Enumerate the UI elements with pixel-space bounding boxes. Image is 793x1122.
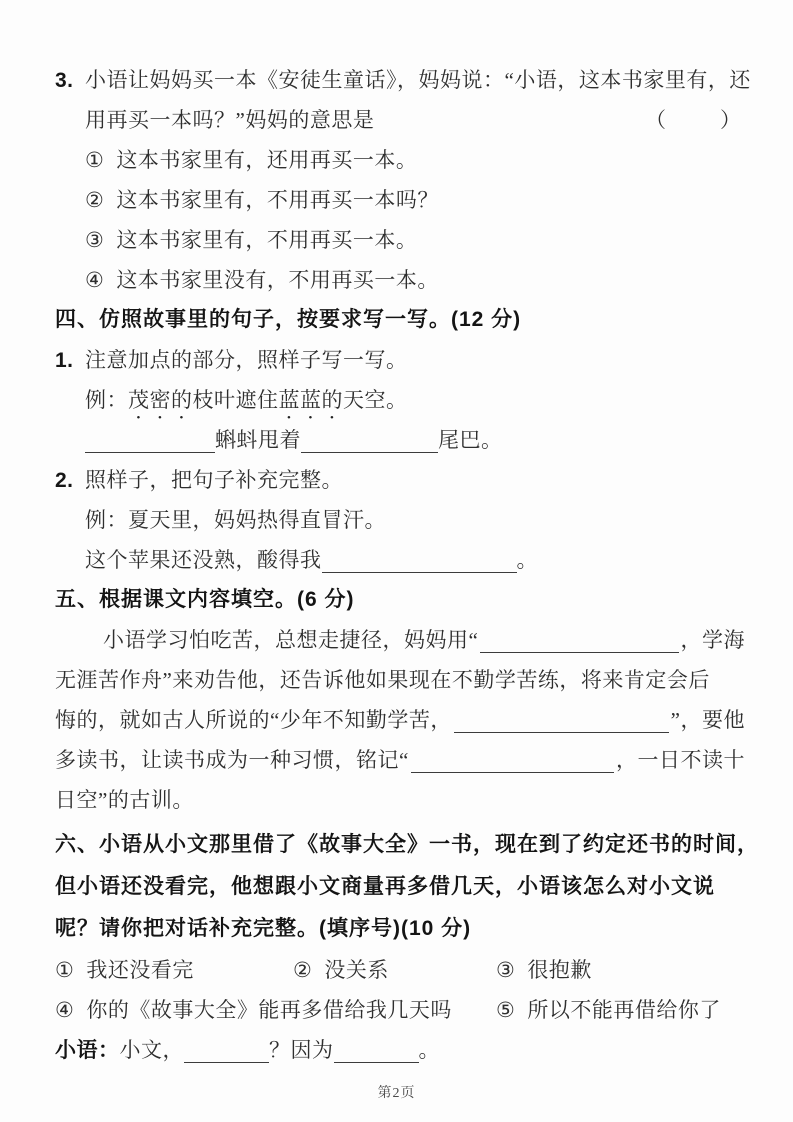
example-sentence-1: 例：茂密的枝叶遮住蓝蓝的天空。 [55,380,745,420]
s6-option-4-text: 你的《故事大全》能再多借给我几天吗 [86,998,452,1022]
dialog-speaker: 小语： [55,1039,120,1062]
section-4-item-2: 2.照样子，把句子补充完整。 [55,460,745,500]
answer-brackets[interactable]: （ ） [645,100,745,140]
fill-blank-8[interactable] [334,1033,419,1063]
question-3-line-2: 用再买一本吗？”妈妈的意思是 （ ） [55,100,745,140]
fill-blank-3[interactable] [322,543,517,573]
s6-option-1-number: ① [55,958,74,982]
question-3-text-1: 小语让妈妈买一本《安徒生童话》，妈妈说：“小语，这本书家里有，还 [85,68,751,92]
dialog-text-2: ？因为 [269,1038,334,1062]
section-4-item-1: 1.注意加点的部分，照样子写一写。 [55,340,745,380]
example-1-prefix: 例： [85,388,128,412]
option-3-text: 这本书家里有，不用再买一本。 [116,228,417,252]
dialog-line: 小语：小文，？因为。 [55,1030,745,1070]
option-2-number: ② [85,188,104,212]
question-3-option-1: ①这本书家里有，还用再买一本。 [55,140,745,180]
s6-option-5-text: 所以不能再借给你了 [527,998,721,1022]
worksheet-content: 3.小语让妈妈买一本《安徒生童话》，妈妈说：“小语，这本书家里有，还 用再买一本… [0,0,793,1070]
option-4-number: ④ [85,268,104,292]
question-3-number: 3. [55,61,85,101]
item-2-number: 2. [55,461,85,501]
section-6-heading-line-3: 呢？请你把对话补充完整。(填序号)(10 分) [55,908,745,950]
section-6-heading-line-1: 六、小语从小文那里借了《故事大全》一书，现在到了约定还书的时间， [55,824,745,866]
option-2-text: 这本书家里有，不用再买一本吗？ [116,188,439,212]
fill-sentence-apple: 这个苹果还没熟，酸得我。 [55,540,745,580]
example-1-dotted-part-1: 茂密的 [128,388,193,412]
tadpole-text-1: 蝌蚪甩着 [215,428,301,452]
fill-blank-5[interactable] [454,703,669,733]
s6-option-1: ①我还没看完 [55,958,194,982]
question-3-option-4: ④这本书家里没有，不用再买一本。 [55,260,745,300]
section-6-options-row-1: ①我还没看完 ②没关系 ③很抱歉 [55,950,745,990]
s6-option-5: ⑤所以不能再借给你了 [496,990,721,1030]
option-4-text: 这本书家里没有，不用再买一本。 [116,268,439,292]
s5-line1-pre: 小语学习怕吃苦，总想走捷径，妈妈用“ [103,620,478,660]
s6-option-4-number: ④ [55,998,74,1022]
fill-blank-1[interactable] [85,423,215,453]
dialog-text-1: 小文， [120,1038,185,1062]
s5-line3-pre: 悔的，就如古人所说的“少年不知勤学苦， [55,700,452,740]
dialog-period: 。 [419,1038,441,1062]
section-5-line-4: 多读书，让读书成为一种习惯，铭记“，一日不读十 [55,740,745,780]
worksheet-page: 3.小语让妈妈买一本《安徒生童话》，妈妈说：“小语，这本书家里有，还 用再买一本… [0,0,793,1122]
s6-option-3-number: ③ [496,958,515,982]
example-1-dotted-part-2: 蓝蓝的 [279,388,344,412]
section-4-heading: 四、仿照故事里的句子，按要求写一写。(12 分) [55,300,745,340]
section-5-line-1: 小语学习怕吃苦，总想走捷径，妈妈用“，学海 [55,620,745,660]
page-number: 第2页 [0,1082,793,1102]
option-1-text: 这本书家里有，还用再买一本。 [116,148,417,172]
item-1-number: 1. [55,341,85,381]
option-1-number: ① [85,148,104,172]
s6-option-1-text: 我还没看完 [86,958,194,982]
s6-option-4: ④你的《故事大全》能再多借给我几天吗 [55,998,452,1022]
question-3-option-3: ③这本书家里有，不用再买一本。 [55,220,745,260]
section-5-line-3: 悔的，就如古人所说的“少年不知勤学苦，”，要他 [55,700,745,740]
example-1-middle: 枝叶遮住 [193,388,279,412]
fill-blank-4[interactable] [480,623,678,653]
section-6-options-row-2: ④你的《故事大全》能再多借给我几天吗 ⑤所以不能再借给你了 [55,990,745,1030]
section-6-heading-line-2: 但小语还没看完，他想跟小文商量再多借几天，小语该怎么对小文说 [55,866,745,908]
question-3-option-2: ②这本书家里有，不用再买一本吗？ [55,180,745,220]
section-5-line-2: 无涯苦作舟”来劝告他，还告诉他如果现在不勤学苦练，将来肯定会后 [55,660,745,700]
item-1-text: 注意加点的部分，照样子写一写。 [85,348,408,372]
fill-blank-2[interactable] [301,423,438,453]
s6-option-2-number: ② [293,958,312,982]
s5-line4-post: ，一日不读十 [616,740,745,780]
section-5-heading: 五、根据课文内容填空。(6 分) [55,580,745,620]
s5-line4-pre: 多读书，让读书成为一种习惯，铭记“ [55,740,409,780]
s6-option-3-text: 很抱歉 [527,958,592,982]
example-1-suffix: 天空。 [343,388,408,412]
s6-option-3: ③很抱歉 [496,950,592,990]
fill-blank-7[interactable] [184,1033,269,1063]
apple-text: 这个苹果还没熟，酸得我 [85,548,322,572]
question-3-text-2: 用再买一本吗？”妈妈的意思是 [85,100,374,140]
s5-line3-post: ”，要他 [671,700,745,740]
section-5-line-5: 日空”的古训。 [55,780,745,820]
item-2-text: 照样子，把句子补充完整。 [85,468,343,492]
fill-sentence-tadpole: 蝌蚪甩着尾巴。 [55,420,745,460]
fill-blank-6[interactable] [411,743,614,773]
apple-period: 。 [517,548,539,572]
s6-option-2: ②没关系 [293,950,389,990]
option-3-number: ③ [85,228,104,252]
tadpole-text-2: 尾巴。 [438,428,503,452]
example-sentence-2: 例：夏天里，妈妈热得直冒汗。 [55,500,745,540]
s6-option-2-text: 没关系 [324,958,389,982]
question-3-line-1: 3.小语让妈妈买一本《安徒生童话》，妈妈说：“小语，这本书家里有，还 [55,60,745,100]
s5-line1-post: ，学海 [681,620,746,660]
s6-option-5-number: ⑤ [496,998,515,1022]
